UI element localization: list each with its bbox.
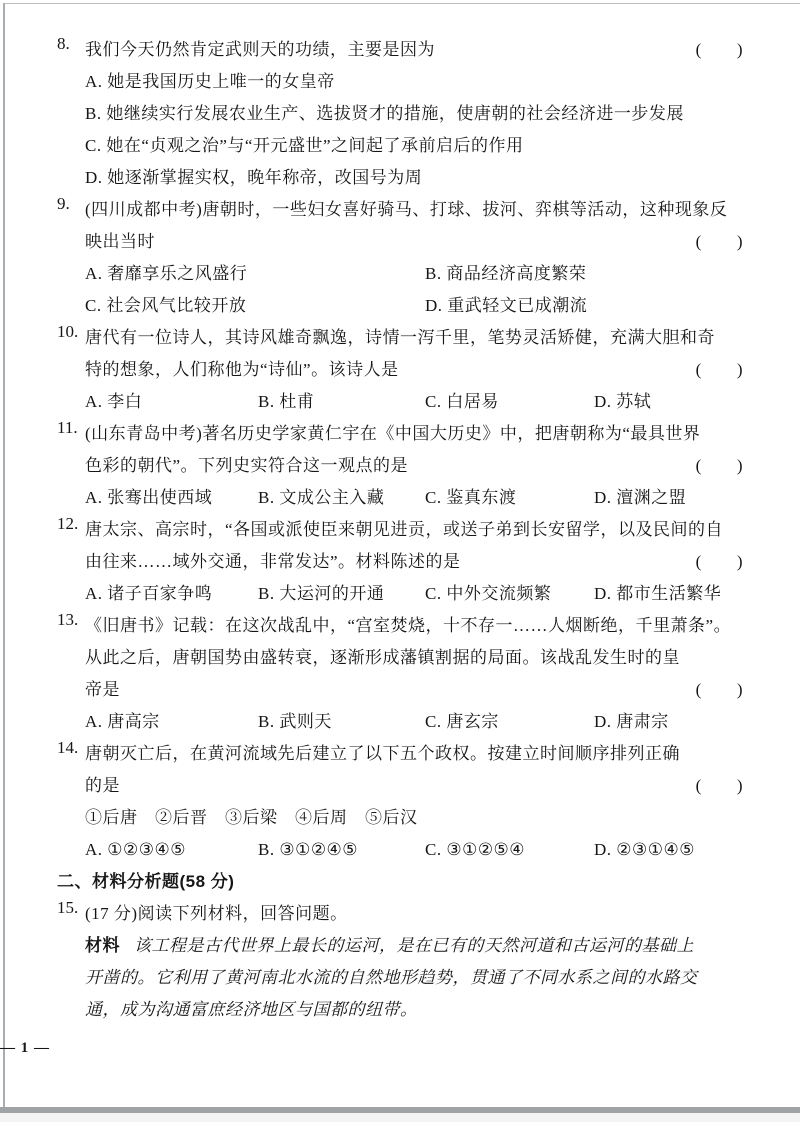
answer-bracket: ( ) [696,546,743,578]
question-10: 10. 唐代有一位诗人，其诗风雄奇飘逸，诗情一泻千里，笔势灵活矫健，充满大胆和奇… [57,322,743,418]
question-14-options-row: A. ①②③④⑤ B. ③①②④⑤ C. ③①②⑤④ D. ②③①④⑤ [85,834,743,866]
answer-bracket: ( ) [696,674,743,706]
question-11-stem-line-2: 色彩的朝代”。下列史实符合这一观点的是 ( ) [85,450,743,482]
question-15: 15. (17 分)阅读下列材料，回答问题。 材料该工程是古代世界上最长的运河，… [57,898,743,1026]
section-2-title: 二、材料分析题(58 分) [57,866,743,898]
material-text: 该工程是古代世界上最长的运河，是在已有的天然河道和古运河的基础上 [134,936,694,955]
question-9-options-row-2: C. 社会风气比较开放 D. 重武轻文已成潮流 [85,290,743,322]
question-10-option-a: A. 李白 [85,386,258,418]
question-14: 14. 唐朝灭亡后，在黄河流域先后建立了以下五个政权。按建立时间顺序排列正确 的… [57,738,743,866]
question-13: 13. 《旧唐书》记载：在这次战乱中，“宫室焚烧，十不存一……人烟断绝，千里萧条… [57,610,743,738]
question-14-option-c: C. ③①②⑤④ [425,834,594,866]
material-line-1: 材料该工程是古代世界上最长的运河，是在已有的天然河道和古运河的基础上 [85,930,743,962]
question-11-option-b: B. 文成公主入藏 [258,482,425,514]
stem-text: 由往来……域外交通，非常发达”。材料陈述的是 [85,546,461,578]
question-11-options-row: A. 张骞出使西域 B. 文成公主入藏 C. 鉴真东渡 D. 澶渊之盟 [85,482,743,514]
question-13-option-d: D. 唐肃宗 [594,706,743,738]
question-12-stem-line-2: 由往来……域外交通，非常发达”。材料陈述的是 ( ) [85,546,743,578]
stem-text: 的是 [85,770,120,802]
question-9: 9. (四川成都中考)唐朝时，一些妇女喜好骑马、打球、拔河、弈棋等活动，这种现象… [57,194,743,322]
question-9-stem-line-1: (四川成都中考)唐朝时，一些妇女喜好骑马、打球、拔河、弈棋等活动，这种现象反 [85,194,743,226]
question-9-option-a: A. 奢靡享乐之风盛行 [85,258,425,290]
question-11-stem-line-1: (山东青岛中考)著名历史学家黄仁宇在《中国大历史》中，把唐朝称为“最具世界 [85,418,743,450]
question-14-stem-line-1: 唐朝灭亡后，在黄河流域先后建立了以下五个政权。按建立时间顺序排列正确 [85,738,743,770]
scan-edge-below [0,1113,800,1122]
question-8-option-a: A. 她是我国历史上唯一的女皇帝 [85,66,743,98]
question-13-options-row: A. 唐高宗 B. 武则天 C. 唐玄宗 D. 唐肃宗 [85,706,743,738]
question-9-option-c: C. 社会风气比较开放 [85,290,425,322]
question-13-number: 13. [57,610,85,738]
material-line-3: 通，成为沟通富庶经济地区与国都的纽带。 [85,994,743,1026]
answer-bracket: ( ) [696,770,743,802]
answer-bracket: ( ) [696,450,743,482]
question-13-option-b: B. 武则天 [258,706,425,738]
question-12-option-b: B. 大运河的开通 [258,578,425,610]
answer-bracket: ( ) [696,34,743,66]
question-14-option-a: A. ①②③④⑤ [85,834,258,866]
question-14-stem-line-2: 的是 ( ) [85,770,743,802]
question-12-option-d: D. 都市生活繁华 [594,578,743,610]
exam-page: 8. 我们今天仍然肯定武则天的功绩，主要是因为 ( ) A. 她是我国历史上唯一… [57,34,743,1026]
question-13-stem-line-2: 从此之后，唐朝国势由盛转衰，逐渐形成藩镇割据的局面。该战乱发生时的皇 [85,642,743,674]
material-line-2: 开凿的。它利用了黄河南北水流的自然地形趋势，贯通了不同水系之间的水路交 [85,962,743,994]
question-15-instruction: (17 分)阅读下列材料，回答问题。 [85,898,743,930]
question-11-number: 11. [57,418,85,514]
question-12-number: 12. [57,514,85,610]
question-8-option-b: B. 她继续实行发展农业生产、选拔贤才的措施，使唐朝的社会经济进一步发展 [85,98,743,130]
stem-text: 映出当时 [85,226,155,258]
question-9-option-d: D. 重武轻文已成潮流 [425,290,743,322]
question-12-options-row: A. 诸子百家争鸣 B. 大运河的开通 C. 中外交流频繁 D. 都市生活繁华 [85,578,743,610]
question-14-items: ①后唐 ②后晋 ③后梁 ④后周 ⑤后汉 [85,802,743,834]
question-12: 12. 唐太宗、高宗时，“各国或派使臣来朝见进贡，或送子弟到长安留学，以及民间的… [57,514,743,610]
question-14-option-d: D. ②③①④⑤ [594,834,743,866]
question-10-number: 10. [57,322,85,418]
question-13-stem-line-1: 《旧唐书》记载：在这次战乱中，“宫室焚烧，十不存一……人烟断绝，千里萧条”。 [85,610,743,642]
question-10-option-d: D. 苏轼 [594,386,743,418]
question-11-option-a: A. 张骞出使西域 [85,482,258,514]
answer-bracket: ( ) [696,354,743,386]
question-8: 8. 我们今天仍然肯定武则天的功绩，主要是因为 ( ) A. 她是我国历史上唯一… [57,34,743,194]
question-12-option-a: A. 诸子百家争鸣 [85,578,258,610]
question-9-option-b: B. 商品经济高度繁荣 [425,258,743,290]
question-14-option-b: B. ③①②④⑤ [258,834,425,866]
material-label: 材料 [85,936,120,955]
question-11-option-c: C. 鉴真东渡 [425,482,594,514]
question-10-option-b: B. 杜甫 [258,386,425,418]
question-10-stem-line-1: 唐代有一位诗人，其诗风雄奇飘逸，诗情一泻千里，笔势灵活矫健，充满大胆和奇 [85,322,743,354]
page-number: — 1 — [0,1040,50,1057]
question-9-number: 9. [57,194,85,322]
question-11: 11. (山东青岛中考)著名历史学家黄仁宇在《中国大历史》中，把唐朝称为“最具世… [57,418,743,514]
stem-text: 我们今天仍然肯定武则天的功绩，主要是因为 [85,34,435,66]
question-10-option-c: C. 白居易 [425,386,594,418]
question-12-option-c: C. 中外交流频繁 [425,578,594,610]
stem-text: 特的想象，人们称他为“诗仙”。该诗人是 [85,354,399,386]
question-15-number: 15. [57,898,85,1026]
question-12-stem-line-1: 唐太宗、高宗时，“各国或派使臣来朝见进贡，或送子弟到长安留学，以及民间的自 [85,514,743,546]
question-14-number: 14. [57,738,85,866]
question-8-option-d: D. 她逐渐掌握实权，晚年称帝，改国号为周 [85,162,743,194]
question-8-option-c: C. 她在“贞观之治”与“开元盛世”之间起了承前启后的作用 [85,130,743,162]
question-8-number: 8. [57,34,85,194]
question-8-stem: 我们今天仍然肯定武则天的功绩，主要是因为 ( ) [85,34,743,66]
stem-text: 色彩的朝代”。下列史实符合这一观点的是 [85,450,408,482]
answer-bracket: ( ) [696,226,743,258]
question-13-option-a: A. 唐高宗 [85,706,258,738]
question-13-option-c: C. 唐玄宗 [425,706,594,738]
scan-edge-top [3,3,800,4]
scan-edge-left [3,3,5,1107]
question-10-stem-line-2: 特的想象，人们称他为“诗仙”。该诗人是 ( ) [85,354,743,386]
stem-text: 帝是 [85,674,120,706]
question-9-stem-line-2: 映出当时 ( ) [85,226,743,258]
question-13-stem-line-3: 帝是 ( ) [85,674,743,706]
question-10-options-row: A. 李白 B. 杜甫 C. 白居易 D. 苏轼 [85,386,743,418]
question-9-options-row-1: A. 奢靡享乐之风盛行 B. 商品经济高度繁荣 [85,258,743,290]
question-11-option-d: D. 澶渊之盟 [594,482,743,514]
